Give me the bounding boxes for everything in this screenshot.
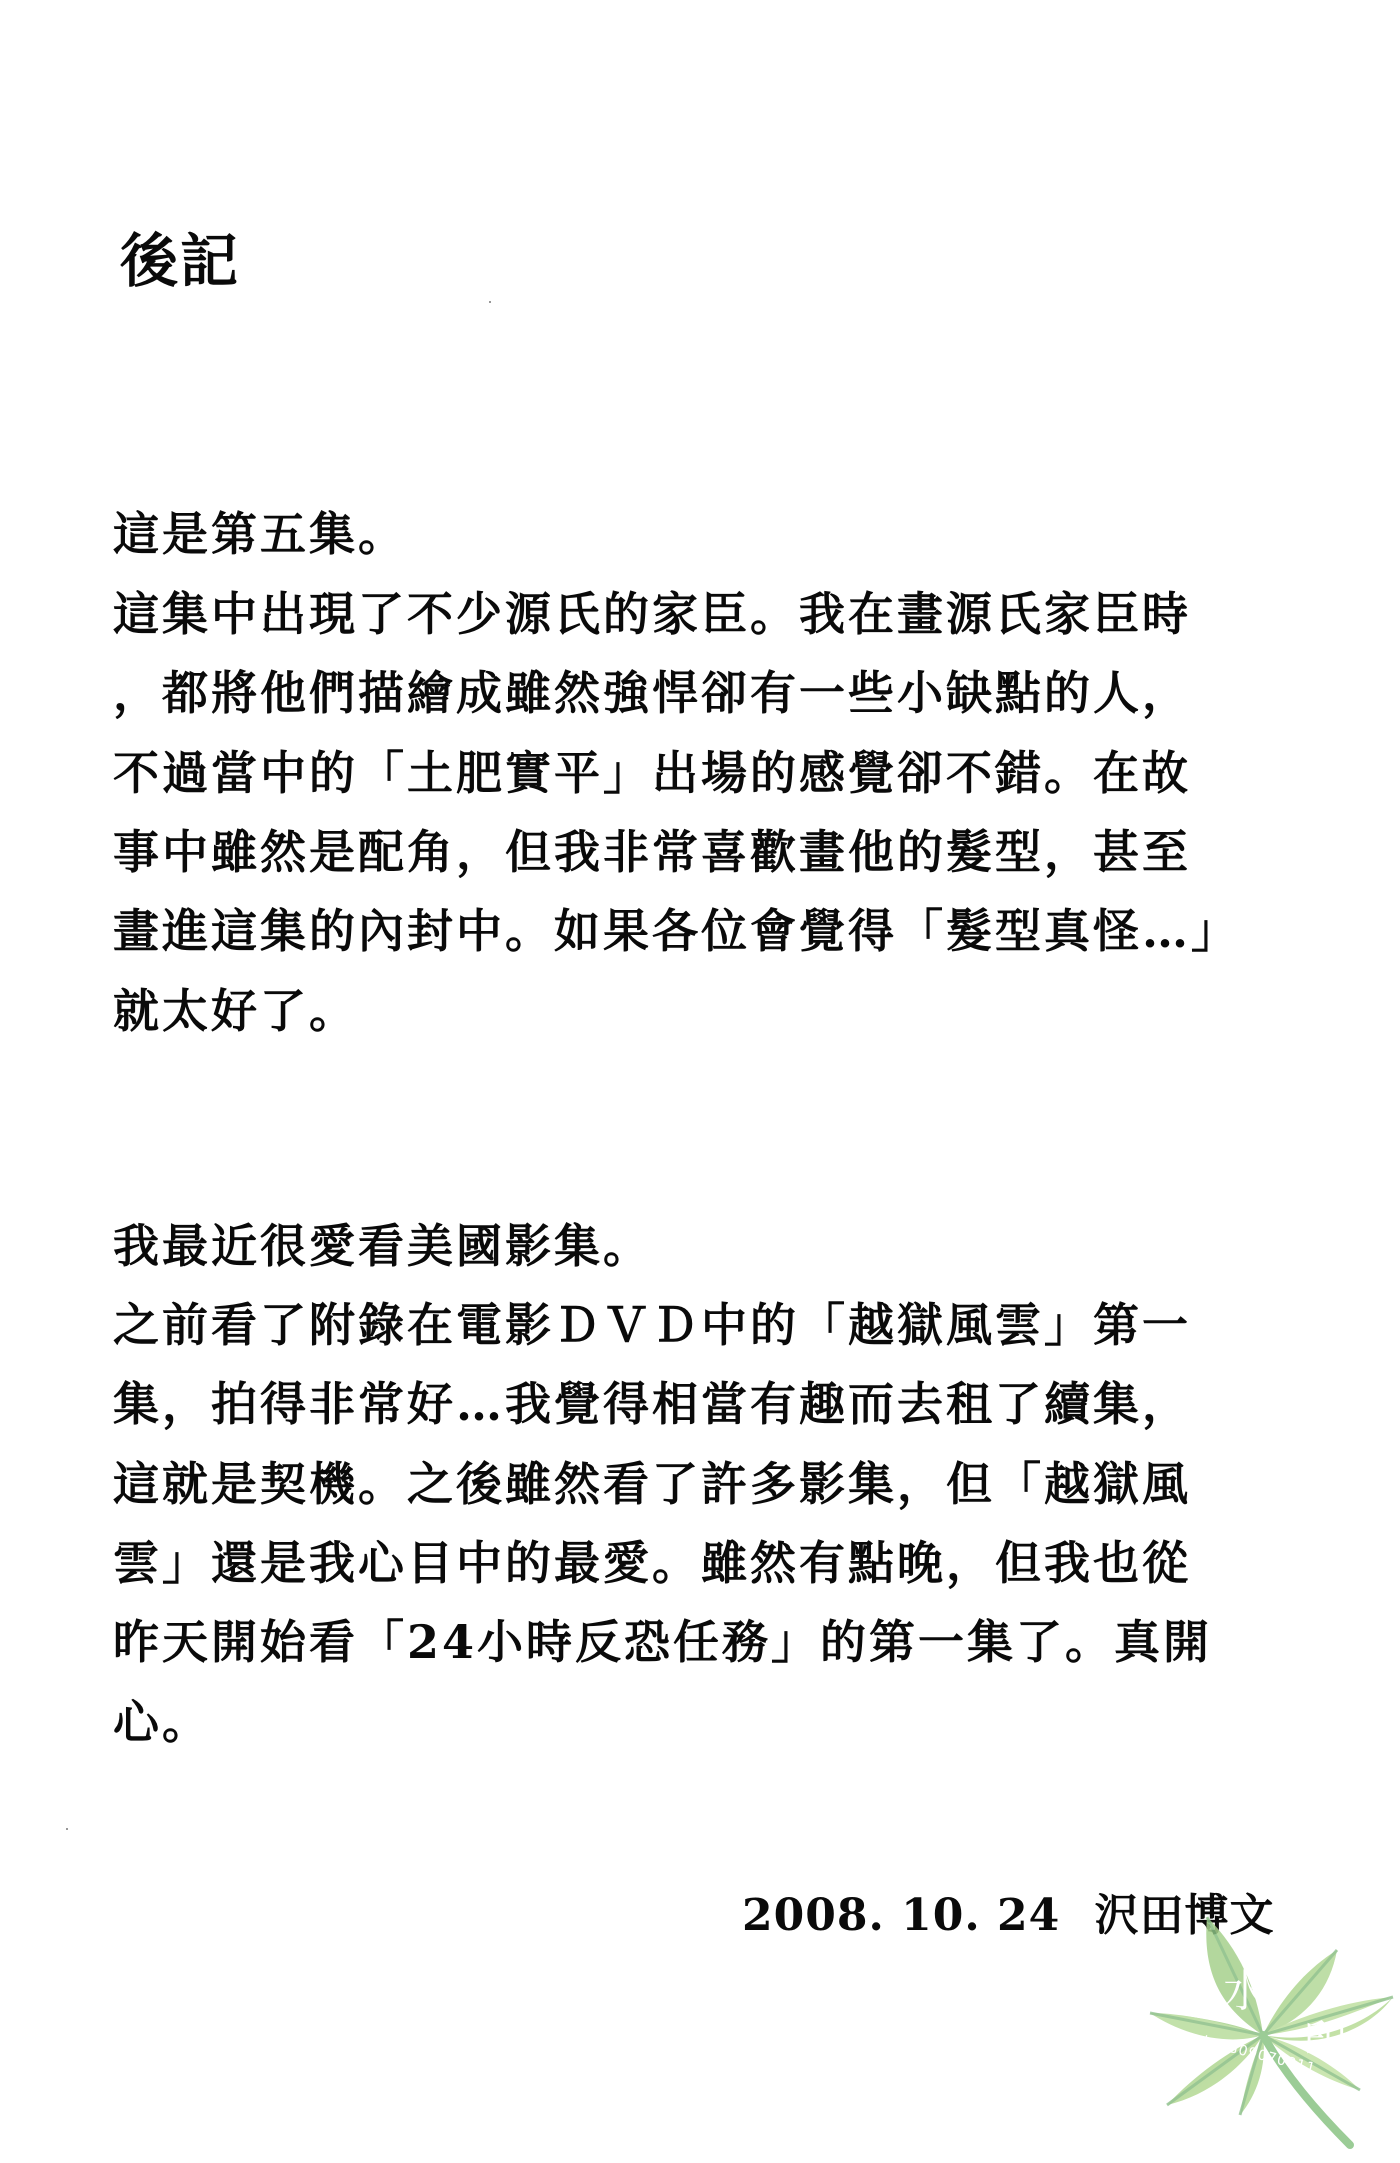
text-line: ，都將他們描繪成雖然強悍卻有一些小缺點的人， (113, 666, 1191, 720)
text-line: 這是第五集。 (113, 507, 407, 561)
afterword-page: 後記 這是第五集。 這集中出現了不少源氏的家臣。我在畫源氏家臣時 ，都將他們描繪… (0, 0, 1400, 2163)
watermark-label-top: 水 (1223, 1955, 1267, 2019)
text-line: 集，拍得非常好…我覺得相當有趣而去租了續集， (113, 1377, 1191, 1431)
text-line: 昨天開始看「24小時反恐任務」的第一集了。真開 (113, 1615, 1212, 1669)
scan-speck (489, 301, 491, 303)
text-line: 不過當中的「土肥實平」出場的感覺卻不錯。在故 (113, 746, 1191, 800)
text-line: 這就是契機。之後雖然看了許多影集，但「越獄風 (113, 1457, 1191, 1511)
text-line: 這集中出現了不少源氏的家臣。我在畫源氏家臣時 (113, 587, 1191, 641)
text-line: 就太好了。 (113, 984, 358, 1038)
scan-speck (66, 1828, 68, 1830)
page-title: 後記 (120, 228, 240, 294)
text-line: 心。 (113, 1695, 211, 1749)
text-line: 事中雖然是配角，但我非常喜歡畫他的髮型，甚至 (113, 825, 1191, 879)
signature-date: 2008. 10. 24 (742, 1890, 1060, 1941)
watermark-leaf: 水 印 Scan by G09070811 (1145, 1905, 1400, 2163)
text-line: 雲」還是我心目中的最愛。雖然有點晚，但我也從 (113, 1536, 1191, 1590)
text-line: 我最近很愛看美國影集。 (113, 1219, 652, 1273)
text-line: 之前看了附錄在電影ＤＶＤ中的「越獄風雲」第一 (113, 1298, 1191, 1352)
text-line: 畫進這集的內封中。如果各位會覺得「髮型真怪…」 (113, 904, 1240, 958)
